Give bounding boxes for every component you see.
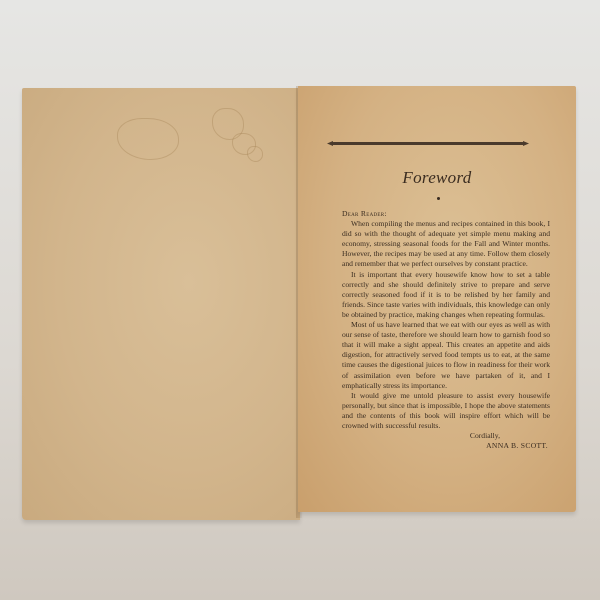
closing: Cordially, <box>342 431 550 441</box>
signature: ANNA B. SCOTT. <box>342 441 550 451</box>
left-blank-page <box>22 88 300 520</box>
foreword-body: Dear Reader: When compiling the menus an… <box>342 209 550 451</box>
paragraph: When compiling the menus and recipes con… <box>342 219 550 269</box>
foreword-page: Foreword Dear Reader: When compiling the… <box>298 86 576 512</box>
paragraph: It would give me untold pleasure to assi… <box>342 391 550 431</box>
paragraph: Most of us have learned that we eat with… <box>342 320 550 391</box>
decorative-rule <box>332 142 524 145</box>
salutation: Dear Reader: <box>342 209 550 219</box>
ornament-dot <box>437 197 440 200</box>
water-stain <box>117 118 179 160</box>
paragraph: It is important that every housewife kno… <box>342 270 550 320</box>
water-stain <box>247 146 263 162</box>
page-title: Foreword <box>298 168 576 188</box>
